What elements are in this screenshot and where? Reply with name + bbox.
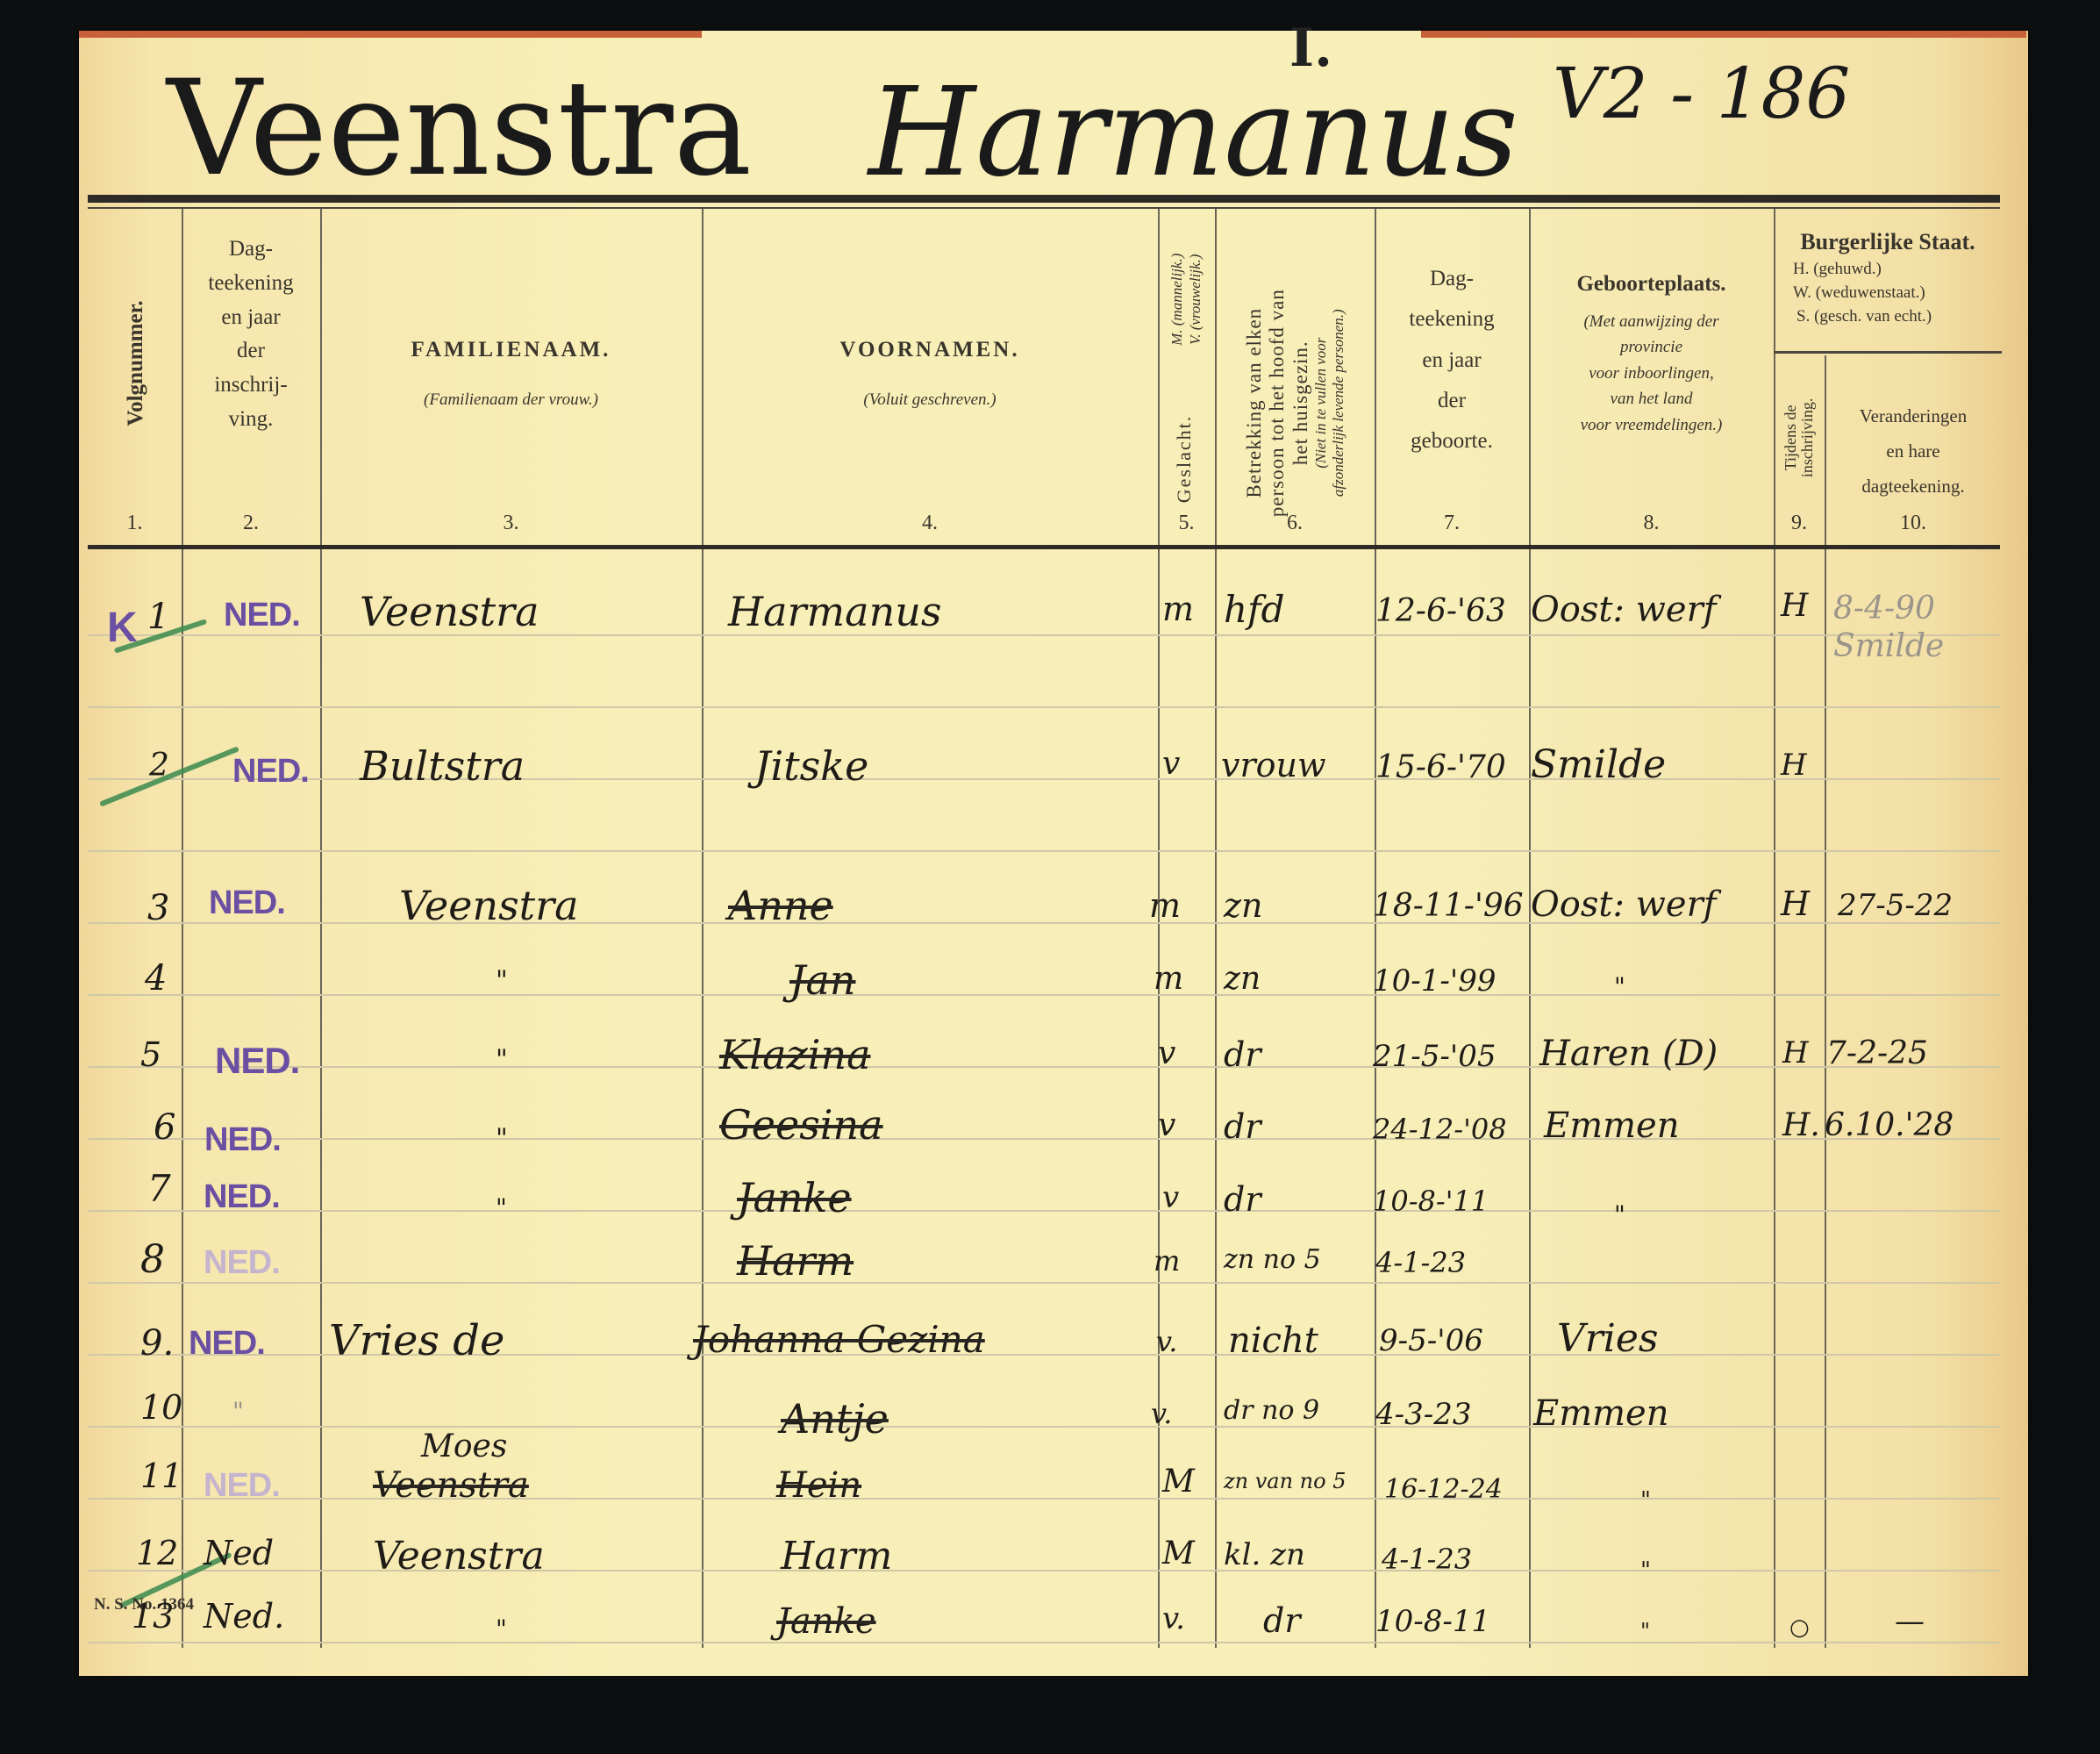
header-col6-line: het huisgezin. <box>1289 271 1312 534</box>
header-col8-line: voor inboorlingen, <box>1529 361 1774 386</box>
relation: dr <box>1224 1107 1261 1146</box>
birthplace-ditto: " <box>1614 972 1625 1001</box>
surname: Veenstra <box>399 882 579 929</box>
header-bs-w: W. (weduwenstaat.) <box>1774 282 2002 305</box>
birthdate: 24-12-'08 <box>1373 1113 1507 1146</box>
relation: nicht <box>1228 1321 1318 1361</box>
relation: dr <box>1224 1180 1261 1219</box>
col-divider <box>1774 209 1775 1648</box>
header-col7-line: en jaar <box>1375 340 1529 381</box>
sex: v. <box>1156 1325 1177 1358</box>
birthdate: 10-8-11 <box>1375 1604 1490 1639</box>
title-reference: V2 - 186 <box>1553 53 1850 134</box>
header-col2-line: inschrij- <box>182 369 320 403</box>
header-col2-line: der <box>182 334 320 369</box>
col-number: 1. <box>88 512 182 535</box>
sex: m <box>1154 961 1183 997</box>
header-col6-line: Betrekking van elken <box>1243 271 1266 534</box>
col-divider <box>702 209 704 1648</box>
surname-correction: Moes <box>421 1428 507 1464</box>
header-col7-line: geboorte. <box>1375 421 1529 462</box>
header-col6: Betrekking van elken persoon tot het hoo… <box>1243 271 1346 534</box>
firstnames: Johanna Gezina <box>693 1318 1149 1361</box>
col-number: 7. <box>1375 512 1529 535</box>
relation: zn <box>1224 961 1261 997</box>
title-surname: Veenstra <box>167 53 752 205</box>
row-number: 7 <box>147 1167 171 1210</box>
header-col10-line: en hare <box>1825 434 2002 469</box>
nationality-handwritten: Ned <box>204 1534 274 1572</box>
relation: zn van no 5 <box>1224 1470 1373 1493</box>
nationality-stamp-faint: NED. <box>204 1244 280 1282</box>
header-col8-line: (Met aanwijzing der <box>1529 309 1774 334</box>
sex: v. <box>1162 1601 1185 1636</box>
firstnames: Harmanus <box>728 588 941 635</box>
birthplace: Haren (D) <box>1539 1034 1718 1074</box>
relation: dr <box>1263 1601 1301 1640</box>
relation: hfd <box>1224 588 1284 631</box>
firstnames: Harm <box>781 1534 892 1579</box>
birthdate: 4-1-23 <box>1375 1246 1466 1279</box>
changes: 6.10.'28 <box>1825 1107 1954 1143</box>
surname-struck: Veenstra <box>373 1465 529 1506</box>
sex: v <box>1158 1035 1175 1071</box>
birthdate: 21-5-'05 <box>1373 1039 1496 1074</box>
header-voornamen-sub: (Voluit geschreven.) <box>702 387 1158 412</box>
title-rule <box>88 195 2000 203</box>
civil-status: H. <box>1782 1107 1820 1143</box>
birthplace: Vries <box>1557 1316 1659 1361</box>
header-col4: VOORNAMEN. (Voluit geschreven.) <box>702 333 1158 412</box>
header-col10-line: Veranderingen <box>1825 399 2002 434</box>
nationality-stamp-faint: NED. <box>204 1467 280 1505</box>
col-number: 6. <box>1215 512 1375 535</box>
header-col2-line: teekening <box>182 267 320 301</box>
nationality-stamp: NED. <box>204 1121 281 1159</box>
birthplace: Oost: werf <box>1531 590 1717 630</box>
sex: M <box>1162 1464 1195 1500</box>
civil-status: H <box>1781 884 1810 923</box>
row-number: 4 <box>145 958 167 999</box>
header-sex-m: M. (mannelijk.) <box>1168 220 1186 378</box>
col-number: 3. <box>320 512 702 535</box>
header-col2-line: Dag- <box>182 233 320 267</box>
changes: 27-5-22 <box>1838 888 1953 923</box>
civil-status: H <box>1781 588 1808 624</box>
header-col2-line: en jaar <box>182 301 320 335</box>
header-col10-line: dagteekening. <box>1825 469 2002 505</box>
changes: 8-4-90 Smilde <box>1833 590 2000 665</box>
stamp-ditto: " <box>232 1397 244 1426</box>
header-col7-line: teekening <box>1375 299 1529 340</box>
nationality-stamp: NED. <box>189 1325 265 1363</box>
header-bs-s: S. (gesch. van echt.) <box>1774 305 2002 329</box>
row-number: 8 <box>140 1237 165 1282</box>
birthdate: 12-6-'63 <box>1375 593 1506 629</box>
header-burgerlijke-staat: Burgerlijke Staat. H. (gehuwd.) W. (wedu… <box>1774 226 2002 328</box>
row-number: 13 <box>132 1597 174 1636</box>
birthdate: 18-11-'96 <box>1373 888 1524 924</box>
nationality-stamp: NED. <box>215 1040 299 1082</box>
surname: Vries de <box>329 1316 504 1365</box>
surname-ditto: " <box>496 965 508 996</box>
header-col9: Tijdens de inschrijving. <box>1782 376 1816 499</box>
surname-ditto: " <box>496 1123 508 1154</box>
header-rule <box>88 545 2000 549</box>
header-col8: Geboorteplaats. (Met aanwijzing der prov… <box>1529 268 1774 438</box>
surname: Bultstra <box>360 742 525 790</box>
header-col8-line: provincie <box>1529 334 1774 360</box>
birthdate: 4-1-23 <box>1382 1543 1472 1576</box>
row-number: 10 <box>140 1388 182 1427</box>
row-number: 3 <box>147 888 169 928</box>
header-col6-note: afzonderlijk levende personen.) <box>1330 271 1347 534</box>
col-number: 9. <box>1774 512 1825 535</box>
header-col3: FAMILIENAAM. (Familienaam der vrouw.) <box>320 333 702 412</box>
burgerlijke-staat-rule <box>1774 351 2002 354</box>
header-col7-line: der <box>1375 381 1529 421</box>
sex: m <box>1154 1244 1180 1278</box>
header-geboorteplaats: Geboorteplaats. <box>1529 268 1774 302</box>
surname-ditto: " <box>496 1614 507 1643</box>
changes: 7-2-25 <box>1826 1035 1928 1071</box>
circle-mark: ○ <box>1789 1614 1810 1641</box>
relation: dr <box>1224 1035 1261 1074</box>
ruled-line <box>88 1642 2000 1643</box>
header-burgerlijke-staat-title: Burgerlijke Staat. <box>1774 226 2002 258</box>
firstnames: Jan <box>728 956 1149 1004</box>
nationality-stamp: NED. <box>232 753 309 791</box>
col-number: 2. <box>182 512 320 535</box>
relation: kl. zn <box>1224 1537 1305 1572</box>
title-rule-thin <box>88 207 2000 209</box>
header-col7-line: Dag- <box>1375 259 1529 299</box>
header-familienaam: FAMILIENAAM. <box>320 333 702 368</box>
title-mark: I. <box>1289 18 1332 79</box>
birthdate: 4-3-23 <box>1375 1397 1472 1432</box>
row-number: 11 <box>140 1457 182 1495</box>
birthplace-ditto: " <box>1640 1619 1650 1643</box>
col-number: 10. <box>1825 512 2002 535</box>
firstnames: Anne <box>728 882 1149 929</box>
firstnames: Geesina <box>719 1101 1149 1149</box>
nationality-stamp: NED. <box>224 597 300 634</box>
birthplace: Smilde <box>1531 742 1666 787</box>
firstnames: Hein <box>715 1465 1149 1506</box>
nationality-stamp: NED. <box>209 884 285 922</box>
birthdate: 9-5-'06 <box>1379 1323 1483 1358</box>
relation: zn <box>1224 886 1263 925</box>
surname: Veenstra <box>373 1534 545 1579</box>
header-col8-line: voor vreemdelingen.) <box>1529 412 1774 438</box>
col-number: 4. <box>702 512 1158 535</box>
civil-status: H <box>1782 1035 1809 1070</box>
sex: v <box>1162 746 1180 782</box>
header-col7: Dag- teekening en jaar der geboorte. <box>1375 259 1529 462</box>
civil-status: H <box>1781 748 1807 783</box>
header-col8-line: van het land <box>1529 386 1774 412</box>
nationality-handwritten: Ned. <box>204 1597 284 1636</box>
col-number: 5. <box>1158 512 1215 535</box>
firstnames: Jitske <box>754 742 868 790</box>
firstnames: Janke <box>715 1601 1149 1642</box>
surname-ditto: " <box>496 1044 508 1075</box>
sex: m <box>1149 886 1181 925</box>
ruled-line <box>88 850 2000 852</box>
birthplace-ditto: " <box>1614 1200 1625 1229</box>
header-voornamen: VOORNAMEN. <box>702 333 1158 368</box>
col-divider <box>1215 209 1217 1648</box>
header-col9-line: Tijdens de <box>1782 376 1799 499</box>
surname-ditto: " <box>496 1193 507 1222</box>
row-number: 9. <box>140 1323 174 1364</box>
birthdate: 16-12-24 <box>1384 1474 1503 1505</box>
header-col9-line: inschrijving. <box>1799 376 1816 499</box>
birthplace-ditto: " <box>1640 1557 1651 1584</box>
header-col6-line: persoon tot het hoofd van <box>1266 271 1289 534</box>
firstnames: Klazina <box>719 1031 1149 1078</box>
firstnames: Harm <box>719 1237 1149 1285</box>
red-edge-left <box>79 31 702 38</box>
col-divider <box>1158 209 1160 1648</box>
sex: v <box>1162 1180 1179 1215</box>
red-edge-right <box>1421 31 2026 38</box>
header-bs-h: H. (gehuwd.) <box>1774 258 2002 282</box>
ruled-line <box>88 706 2000 708</box>
header-col2-line: ving. <box>182 403 320 437</box>
relation: dr no 9 <box>1224 1395 1319 1426</box>
sex: M <box>1162 1536 1195 1571</box>
row-number: 6 <box>154 1107 175 1148</box>
relation: vrouw <box>1221 746 1326 784</box>
nationality-stamp: NED. <box>204 1178 280 1216</box>
header-col6-note: (Niet in te vullen voor <box>1312 271 1330 534</box>
header-geslacht: Geslacht. <box>1173 397 1196 520</box>
sex: v. <box>1151 1397 1172 1430</box>
header-sex-v: V. (vrouwelijk.) <box>1186 220 1204 378</box>
header-sex-legend: M. (mannelijk.) V. (vrouwelijk.) <box>1168 220 1205 378</box>
sex: m <box>1162 590 1194 628</box>
firstnames: Antje <box>719 1395 1149 1443</box>
birthdate: 15-6-'70 <box>1375 749 1506 785</box>
header-familienaam-sub: (Familienaam der vrouw.) <box>320 387 702 412</box>
birthplace: Oost: werf <box>1531 884 1717 925</box>
birthplace: Emmen <box>1533 1393 1669 1434</box>
surname: Veenstra <box>360 588 539 635</box>
col-number: 8. <box>1529 512 1774 535</box>
title-firstname: Harmanus <box>868 61 1518 204</box>
header-col2: Dag- teekening en jaar der inschrij- vin… <box>182 233 320 437</box>
birthplace-ditto: " <box>1640 1487 1651 1514</box>
header-volgnummer: Volgnummer. <box>124 262 148 464</box>
firstnames: Janke <box>719 1174 1105 1221</box>
header-col10: Veranderingen en hare dagteekening. <box>1825 399 2002 505</box>
changes: — <box>1895 1604 1925 1639</box>
relation: zn no 5 <box>1224 1244 1321 1275</box>
sex: v <box>1158 1107 1175 1143</box>
birthdate: 10-1-'99 <box>1373 963 1496 999</box>
row-number: 5 <box>140 1035 161 1074</box>
col-divider <box>320 209 322 1648</box>
birthplace: Emmen <box>1544 1106 1680 1146</box>
birthdate: 10-8-'11 <box>1373 1185 1489 1218</box>
row-number: 12 <box>136 1534 178 1572</box>
